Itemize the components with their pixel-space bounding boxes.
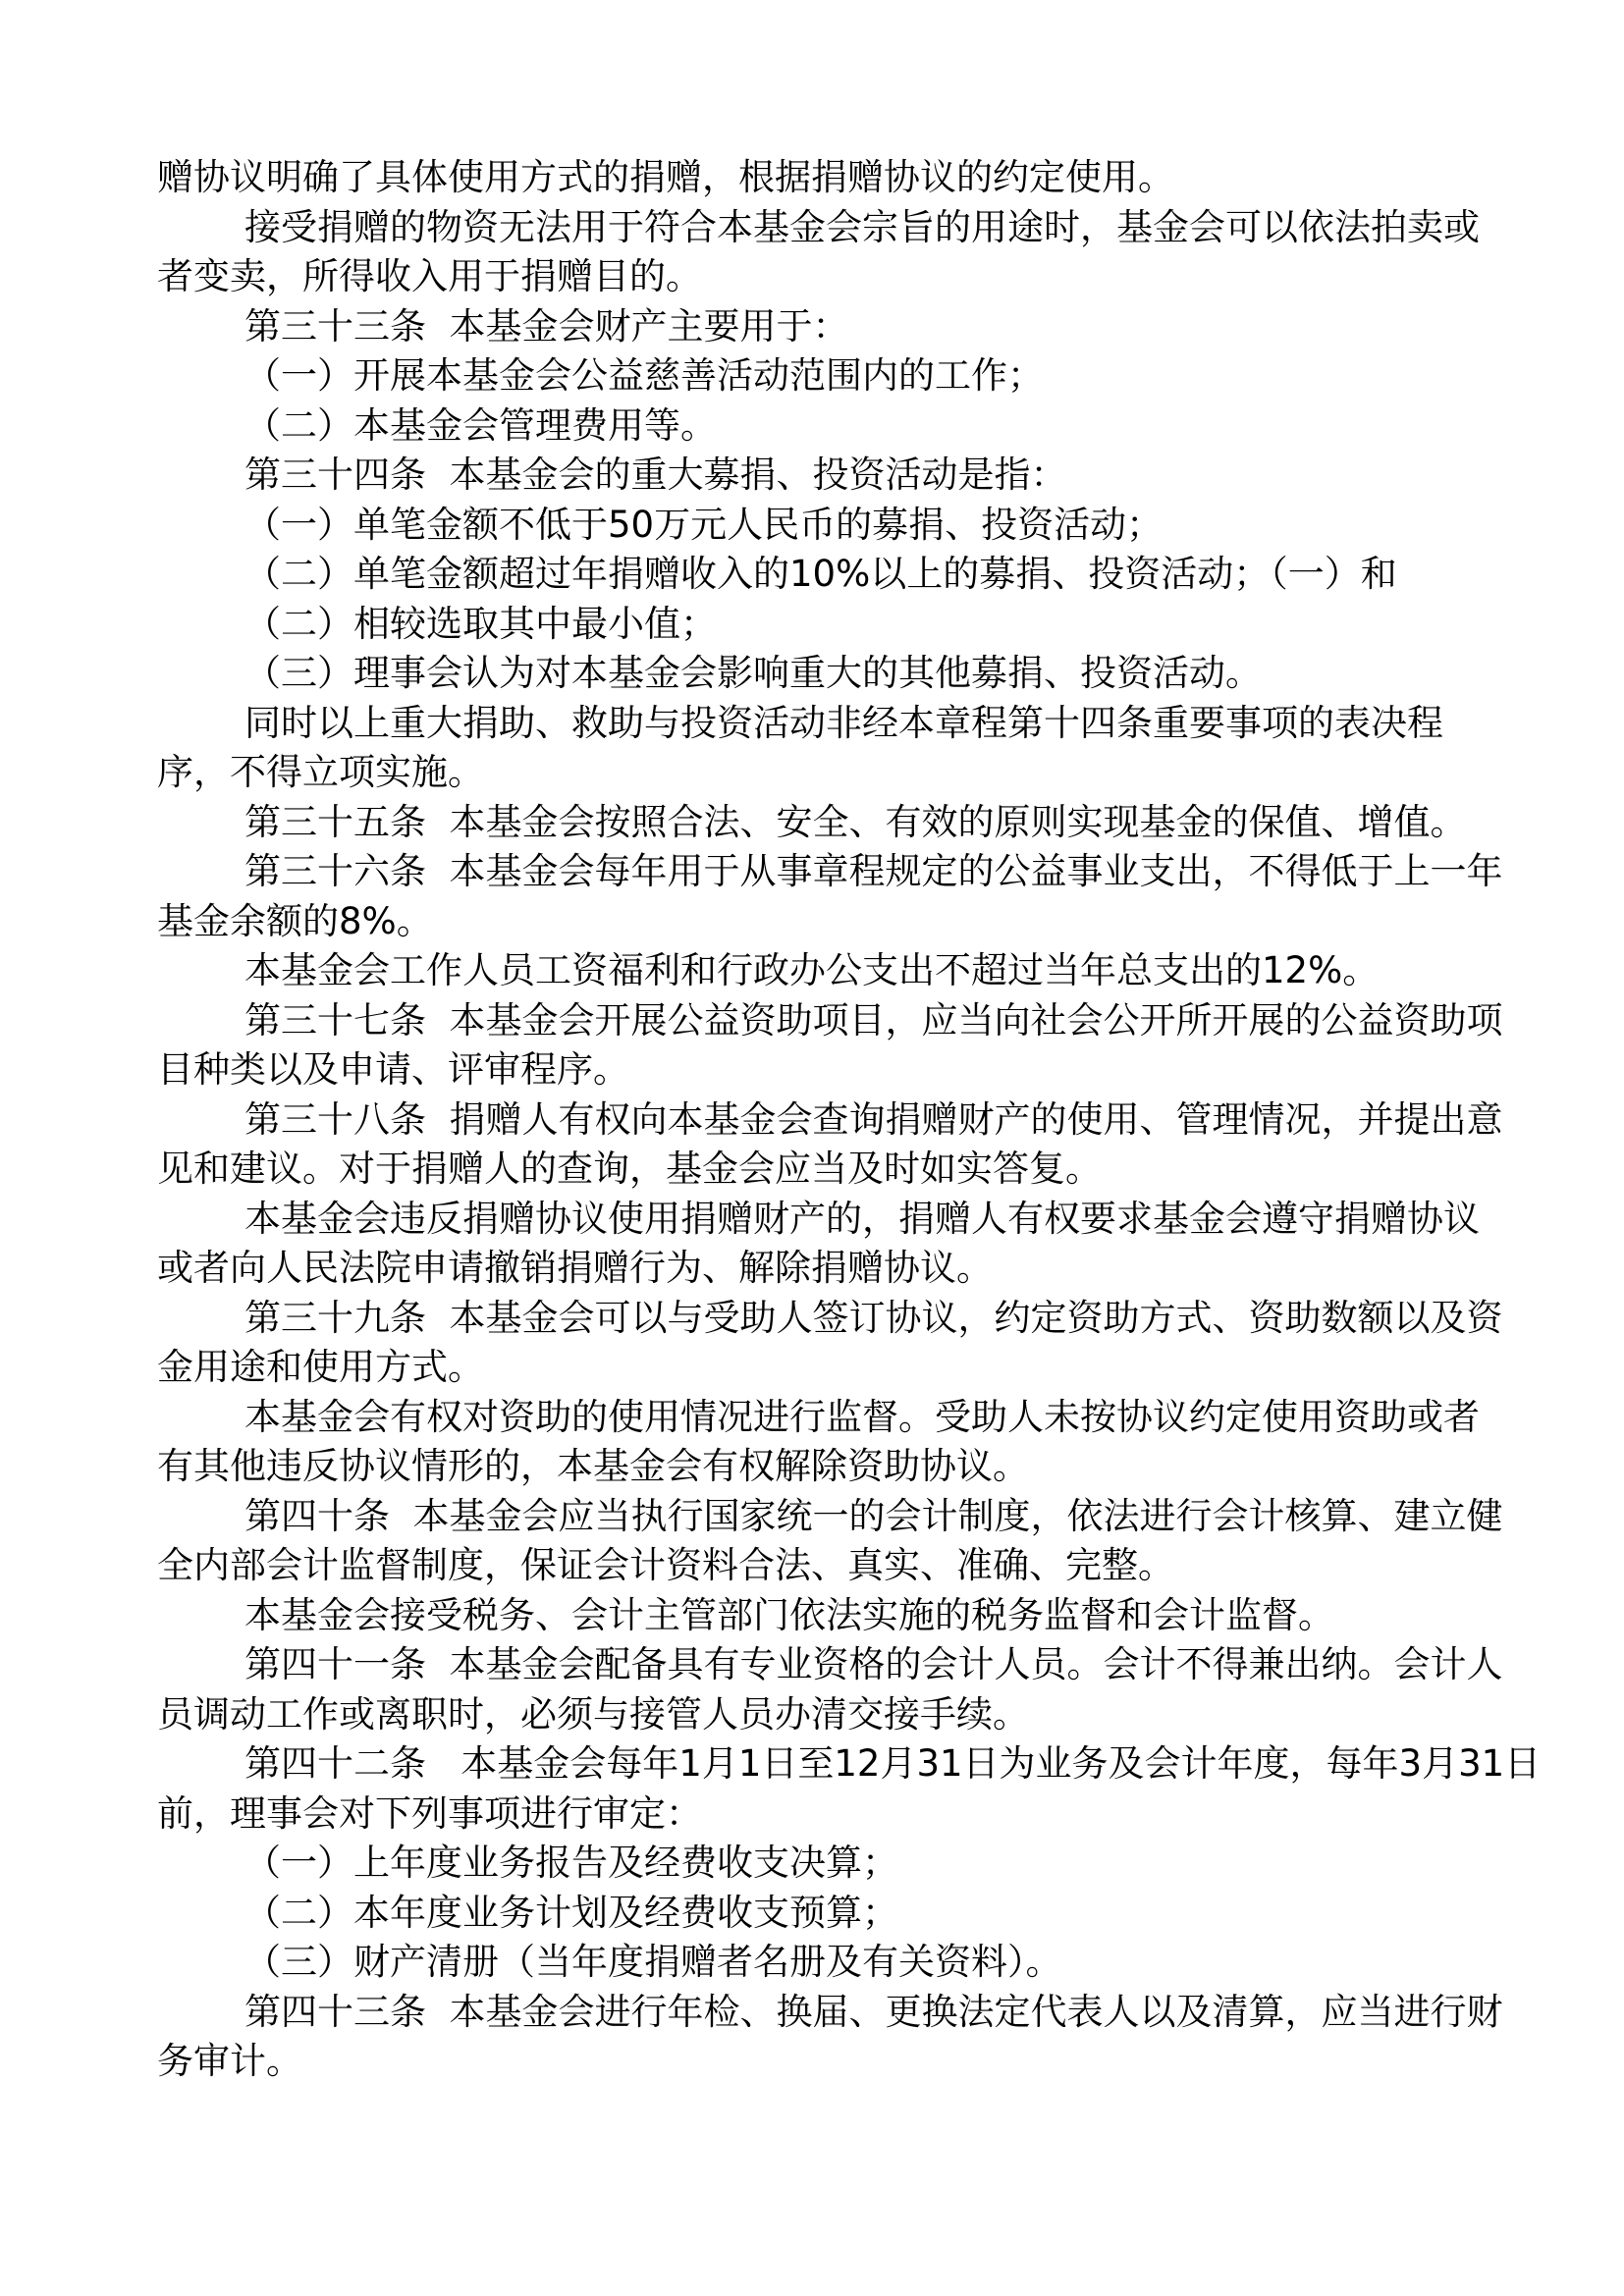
text-line: 全内部会计监督制度，保证会计资料合法、真实、准确、完整。: [157, 1541, 1473, 1591]
article-34-heading: 第三十四条 本基金会的重大募捐、投资活动是指：: [157, 451, 1473, 501]
list-item: （一）开展本基金会公益慈善活动范围内的工作；: [157, 351, 1473, 401]
text-line: 同时以上重大捐助、救助与投资活动非经本章程第十四条重要事项的表决程: [157, 699, 1473, 749]
list-item: （三）理事会认为对本基金会影响重大的其他募捐、投资活动。: [157, 649, 1473, 699]
text-line: 赠协议明确了具体使用方式的捐赠，根据捐赠协议的约定使用。: [157, 153, 1473, 203]
text-line: 序，不得立项实施。: [157, 748, 1473, 798]
text-line: 接受捐赠的物资无法用于符合本基金会宗旨的用途时，基金会可以依法拍卖或: [157, 203, 1473, 253]
text-line: 本基金会接受税务、会计主管部门依法实施的税务监督和会计监督。: [157, 1591, 1473, 1641]
article-39-heading: 第三十九条 本基金会可以与受助人签订协议，约定资助方式、资助数额以及资: [157, 1294, 1473, 1344]
text-line: 目种类以及申请、评审程序。: [157, 1045, 1473, 1095]
list-item: （二）本基金会管理费用等。: [157, 401, 1473, 452]
text-line: 本基金会有权对资助的使用情况进行监督。受助人未按协议约定使用资助或者: [157, 1393, 1473, 1443]
document-page: 赠协议明确了具体使用方式的捐赠，根据捐赠协议的约定使用。 接受捐赠的物资无法用于…: [0, 0, 1624, 2296]
text-line: 本基金会工作人员工资福利和行政办公支出不超过当年总支出的12%。: [157, 946, 1473, 996]
article-43-heading: 第四十三条 本基金会进行年检、换届、更换法定代表人以及清算，应当进行财: [157, 1988, 1473, 2038]
list-item: （一）上年度业务报告及经费收支决算；: [157, 1839, 1473, 1889]
list-item: （二）相较选取其中最小值；: [157, 600, 1473, 650]
list-item: （三）财产清册（当年度捐赠者名册及有关资料）。: [157, 1938, 1473, 1988]
article-37-heading: 第三十七条 本基金会开展公益资助项目，应当向社会公开所开展的公益资助项: [157, 996, 1473, 1046]
document-body: 赠协议明确了具体使用方式的捐赠，根据捐赠协议的约定使用。 接受捐赠的物资无法用于…: [157, 153, 1473, 2087]
text-line: 本基金会违反捐赠协议使用捐赠财产的，捐赠人有权要求基金会遵守捐赠协议: [157, 1195, 1473, 1245]
text-line: 见和建议。对于捐赠人的查询，基金会应当及时如实答复。: [157, 1145, 1473, 1195]
text-line: 前，理事会对下列事项进行审定：: [157, 1789, 1473, 1840]
list-item: （二）本年度业务计划及经费收支预算；: [157, 1889, 1473, 1939]
article-36-heading: 第三十六条 本基金会每年用于从事章程规定的公益事业支出，不得低于上一年: [157, 847, 1473, 897]
text-line: 有其他违反协议情形的，本基金会有权解除资助协议。: [157, 1442, 1473, 1492]
article-42-heading: 第四十二条 本基金会每年1月1日至12月31日为业务及会计年度，每年3月31日: [157, 1739, 1473, 1789]
list-item: （二）单笔金额超过年捐赠收入的10%以上的募捐、投资活动；（一）和: [157, 550, 1473, 600]
article-40-heading: 第四十条 本基金会应当执行国家统一的会计制度，依法进行会计核算、建立健: [157, 1492, 1473, 1542]
list-item: （一）单笔金额不低于50万元人民币的募捐、投资活动；: [157, 501, 1473, 551]
article-38-heading: 第三十八条 捐赠人有权向本基金会查询捐赠财产的使用、管理情况，并提出意: [157, 1095, 1473, 1146]
text-line: 基金余额的8%。: [157, 897, 1473, 947]
text-line: 金用途和使用方式。: [157, 1343, 1473, 1393]
article-41-heading: 第四十一条 本基金会配备具有专业资格的会计人员。会计不得兼出纳。会计人: [157, 1640, 1473, 1690]
text-line: 者变卖，所得收入用于捐赠目的。: [157, 252, 1473, 302]
article-35-heading: 第三十五条 本基金会按照合法、安全、有效的原则实现基金的保值、增值。: [157, 798, 1473, 848]
text-line: 员调动工作或离职时，必须与接管人员办清交接手续。: [157, 1690, 1473, 1740]
text-line: 或者向人民法院申请撤销捐赠行为、解除捐赠协议。: [157, 1244, 1473, 1294]
text-line: 务审计。: [157, 2037, 1473, 2087]
article-33-heading: 第三十三条 本基金会财产主要用于：: [157, 302, 1473, 352]
